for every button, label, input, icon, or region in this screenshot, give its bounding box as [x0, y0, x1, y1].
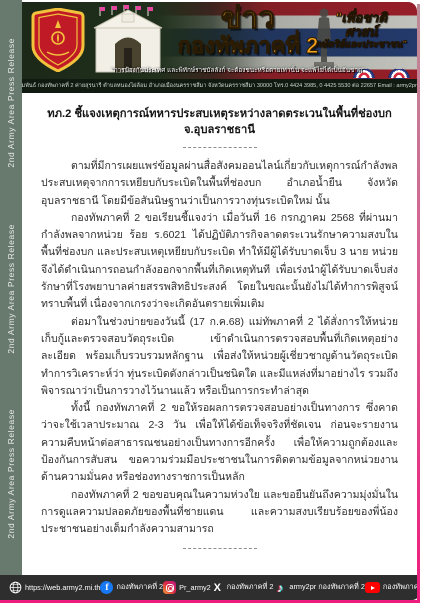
instagram-item[interactable]: Pr_army2: [163, 581, 211, 594]
globe-icon: [9, 581, 22, 594]
instagram-icon: [163, 581, 176, 594]
tiktok-name: army2pr กองทัพภาคที่ 2: [289, 582, 364, 593]
document-title: ทภ.2 ชี้แจงเหตุการณ์ทหารประสบเหตุระหว่าง…: [41, 106, 398, 138]
tiktok-item[interactable]: ♪ army2pr กองทัพภาคที่ 2: [273, 581, 364, 594]
motto-block: "เพื่อชาติ ศาสน์ กษัตริย์และประชาชน": [311, 11, 411, 51]
facebook-item[interactable]: f กองทัพภาคที่ 2: [100, 581, 163, 594]
footer-social-bar: https://web.army2.mi.th f กองทัพภาคที่ 2…: [0, 575, 420, 600]
paragraph: กองทัพภาคที่ 2 ขอขอบคุณในความห่วงใย และข…: [41, 487, 398, 539]
paragraph: กองทัพภาคที่ 2 ขอเรียนชี้แจงว่า เมื่อวัน…: [41, 210, 398, 314]
motto-line-2: ศาสน์: [311, 25, 411, 39]
dashed-separator: [183, 147, 257, 148]
paragraph: ตามที่มีการเผยแพร่ข้อมูลผ่านสื่อสังคมออน…: [41, 158, 398, 210]
contact-info: ศูนย์ประชาสัมพันธ์ กองทัพภาคที่ 2 ค่ายสุ…: [22, 82, 417, 90]
instagram-name: Pr_army2: [179, 583, 211, 592]
motto-line-3: กษัตริย์และประชาชน": [311, 39, 411, 51]
tiktok-icon: ♪: [273, 581, 286, 594]
dashed-separator: [183, 548, 257, 549]
bunting-icon: [388, 68, 410, 79]
army-crest-icon: [31, 8, 85, 72]
watermark-text: 2nd Army Area Press Release: [6, 224, 16, 354]
header-slogan: "การป้องกันประเทศ และพิทักษ์ราชบัลลังก์ …: [88, 65, 388, 75]
watermark-text: 2nd Army Area Press Release: [6, 38, 16, 168]
paragraph: ทั้งนี้ กองทัพภาคที่ 2 ขอให้รอผลการตรวจส…: [41, 400, 398, 486]
press-release-page: 2nd Army Area Press Release 2nd Army Are…: [0, 0, 426, 603]
youtube-icon: [365, 582, 380, 593]
paragraph: ต่อมาในช่วงบ่ายของวันนี้ (17 ก.ค.68) แม่…: [41, 314, 398, 400]
x-name: กองทัพภาคที่ 2: [227, 582, 274, 593]
facebook-name: กองทัพภาคที่ 2: [116, 582, 163, 593]
sidebar-watermark-strip: 2nd Army Area Press Release 2nd Army Are…: [0, 0, 22, 577]
x-icon: X: [211, 581, 224, 594]
header-banner: ข่าว กองทัพภาคที่ 2 "เพื่อชาติ ศาสน์ กษั…: [22, 2, 417, 93]
motto-line-1: "เพื่อชาติ: [311, 11, 411, 25]
facebook-icon: f: [100, 581, 113, 594]
watermark-text: 2nd Army Area Press Release: [6, 409, 16, 539]
right-accent-border: [417, 4, 420, 600]
x-item[interactable]: X กองทัพภาคที่ 2: [211, 581, 274, 594]
press-release-body: ทภ.2 ชี้แจงเหตุการณ์ทหารประสบเหตุระหว่าง…: [22, 93, 417, 575]
website-link[interactable]: https://web.army2.mi.th: [9, 581, 100, 594]
header-contact-bar: ศูนย์ประชาสัมพันธ์ กองทัพภาคที่ 2 ค่ายสุ…: [22, 79, 417, 93]
website-url: https://web.army2.mi.th: [25, 583, 100, 592]
